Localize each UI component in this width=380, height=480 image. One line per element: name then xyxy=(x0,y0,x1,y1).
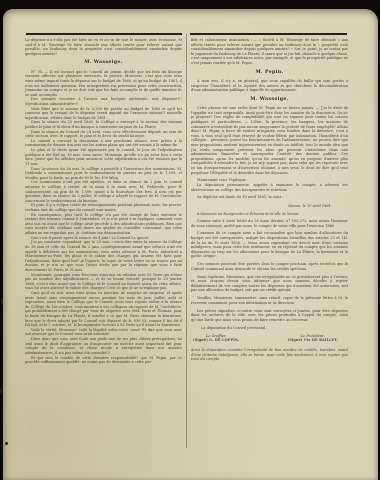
paragraph: Dans la séance du Conseil du 24 avril, v… xyxy=(25,130,182,139)
paragraph: J'ai pu constater cependant, que le 29 m… xyxy=(25,240,182,272)
paragraph: Vous dites que la somme de fr. 5,300 fut… xyxy=(25,107,182,121)
paragraph: Dites donc que vous avez foulé aux pieds… xyxy=(25,337,182,355)
final-note: Ainsi la députation constate l'irrégular… xyxy=(191,348,348,362)
right-column: fide et calomnieuse insinuation : — « Si… xyxy=(191,38,348,362)
paragraph: Le plan et le devis ayant été approuvés … xyxy=(25,148,182,166)
scanned-page: La dépense n'a-t-elle pas été faite au v… xyxy=(3,9,378,480)
letter-paragraph: Ces sommes pourront être portées dans le… xyxy=(191,262,348,271)
paragraph: Et qui sera le comble de cette dernière … xyxy=(25,356,182,365)
paragraph: Et puis, il y a éclipse totale de rensei… xyxy=(25,203,182,212)
paragraph: Dans la séance du 26 mai, le collège a p… xyxy=(25,167,182,181)
speaker-heading-wasseige: M. Wasseige. xyxy=(191,97,348,103)
speaker-heading-pepin: M. Pepin. xyxy=(191,70,348,76)
paragraph: Le conseil a renvoyé la discussion à une… xyxy=(25,139,182,148)
signature-president: Le Président, (Signé) Cte DE BAILLET. xyxy=(288,334,338,343)
signature-name: (Signé) Cte DE BAILLET. xyxy=(288,338,338,342)
paragraph: N° 35. — Il est inexact que le Conseil a… xyxy=(25,70,182,98)
signature-block: Le Greffier, (Signé) G. DE COPPIN. Le Pr… xyxy=(191,334,348,343)
letter-salutation: A Messieurs les Bourgmestre et Échevins … xyxy=(191,212,348,216)
letter-dateline: Namur, le 10 avril 1861. xyxy=(191,204,348,209)
speaker-heading-wasseige: M. Wasseige. xyxy=(25,60,182,66)
top-rule-right-column xyxy=(190,33,347,35)
letter-paragraph: Nous espérons, Messieurs, que ces irrégu… xyxy=(191,275,348,293)
paragraph: En conséquence, plus tard, le collège n'… xyxy=(25,213,182,236)
paragraph: A mon avis, il n'y a, en général, que ce… xyxy=(191,79,348,93)
paragraph: Dans la séance du 25 avril 1860, le Coll… xyxy=(25,120,182,129)
paragraph: Des sommes inscrites à l'avenir aux budg… xyxy=(25,97,182,106)
paragraph: Ces soumissions n'ont pas été agréées, e… xyxy=(25,180,182,203)
paragraph: La députation permanente, appelée à exam… xyxy=(191,183,348,192)
paragraph: Voilà la vérité, Monsieur! voilà la léga… xyxy=(25,328,182,337)
paragraph: Maintenant, pourquoi vous êtes-vous ains… xyxy=(25,273,182,291)
left-column: La dépense n'a-t-elle pas été faite au v… xyxy=(25,38,182,365)
paragraph: Quoi qu'il en soit, nous vous avons vu m… xyxy=(25,291,182,328)
letter-paragraph: Les pièces signalées ci-contre vous sont… xyxy=(191,309,348,323)
letter-paragraph: Veuillez, Messieurs, transmettre, sans r… xyxy=(191,296,348,305)
continuation-paragraph: fide et calomnieuse insinuation : — « Si… xyxy=(191,38,348,66)
paragraph: La dépense n'a-t-elle pas été faite au v… xyxy=(25,38,182,56)
signature-name: (Signé) G. DE COPPIN. xyxy=(193,338,239,342)
scan-artifact xyxy=(1,298,3,305)
scan-artifact xyxy=(5,442,8,445)
letter-paragraph: L'examen de ce compte nous a fait reconn… xyxy=(191,231,348,259)
letter-paragraph: Comme suite à votre lettre du 26 mars de… xyxy=(191,219,348,228)
paragraph: Cette phrase est une tache dont M. Pepin… xyxy=(191,106,348,175)
signature-greffier: Le Greffier, (Signé) G. DE COPPIN. xyxy=(193,334,239,343)
top-rule-left-column xyxy=(26,33,182,35)
column-divider-rule xyxy=(186,34,187,448)
letter-closing: La députation du Conseil provincial : xyxy=(191,326,348,331)
dispatch-line: Sa dépêche est datée du 10 avril 1861; l… xyxy=(191,195,348,200)
scan-artifact xyxy=(0,388,2,394)
